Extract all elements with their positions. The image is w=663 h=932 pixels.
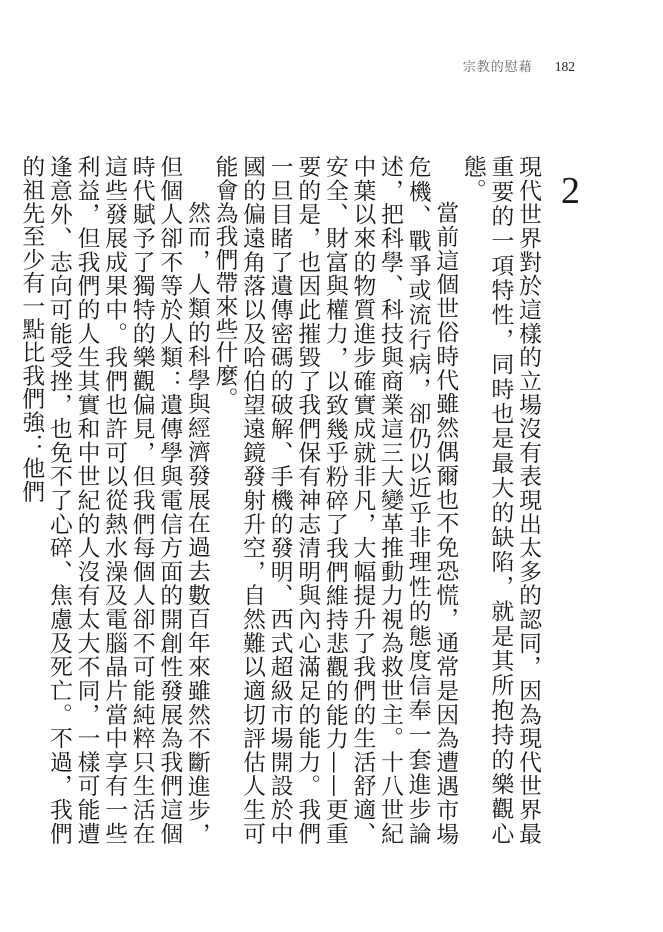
running-title: 宗教的慰藉 xyxy=(463,56,533,75)
paragraph-1: 現代世界對於這樣的立場沒有表現出太多的認同，因為現代世界最重要的一項特性，同時也… xyxy=(458,155,541,845)
paragraph-2: 當前這個世俗時代雖然偶爾也不免恐慌，通常是因為遭遇市場危機、戰爭或流行病，卻仍以… xyxy=(210,155,458,845)
paragraph-3: 然而，人類的科學與經濟發展在過去數百年來雖然不斷進步，但個人卻不等於人類：遺傳學… xyxy=(17,155,210,845)
body-text: 現代世界對於這樣的立場沒有表現出太多的認同，因為現代世界最重要的一項特性，同時也… xyxy=(17,155,541,845)
page-number: 182 xyxy=(555,59,575,75)
section-number: 2 xyxy=(561,172,580,210)
running-head: 宗教的慰藉 182 xyxy=(463,56,575,75)
